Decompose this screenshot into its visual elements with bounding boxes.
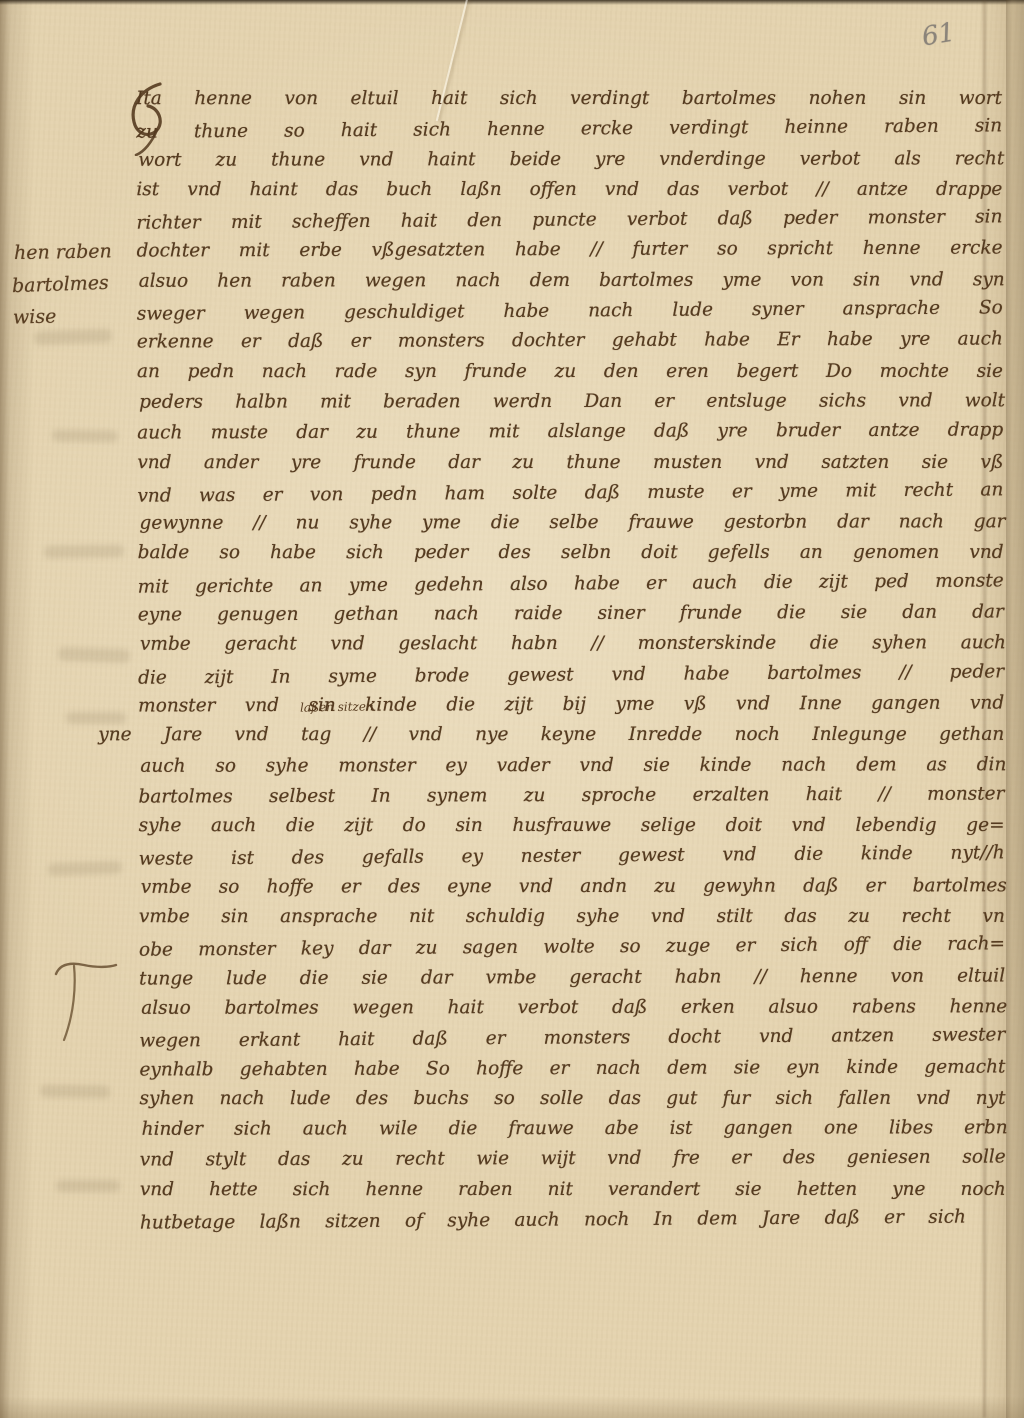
manuscript-line: alsuo hen raben wegen nach dem bartolmes…: [139, 265, 1005, 297]
show-through-smudge: [52, 429, 118, 442]
margin-note: bartolmes: [11, 266, 132, 302]
manuscript-line: bartolmes selbest In synem zu sproche er…: [138, 779, 1004, 812]
manuscript-line: balde so habe sich peder des selbn doit …: [138, 538, 1004, 569]
manuscript-line: hutbetage laßn sitzen of syhe auch noch …: [140, 1203, 966, 1239]
show-through-smudge: [44, 544, 124, 558]
margin-note: wise: [13, 298, 134, 333]
manuscript-line: yne Jare vnd tag // vnd nye keyne Inredd…: [98, 720, 1004, 751]
manuscript-line: eyne genugen gethan nach raide siner fru…: [138, 598, 1004, 631]
manuscript-line: auch so syhe monster ey vader vnd sie ki…: [140, 750, 1006, 782]
manuscript-line: syhe auch die zijt do sin husfrauwe seli…: [139, 811, 1005, 842]
manuscript-line: vnd ander yre frunde dar zu thune musten…: [137, 447, 1003, 478]
manuscript-line: sweger wegen geschuldiget habe nach lude…: [137, 293, 1003, 330]
manuscript-line: hinder sich auch wile die frauwe abe ist…: [142, 1113, 1008, 1145]
manuscript-line: auch muste dar zu thune mit alslange daß…: [137, 416, 1003, 449]
manuscript-line: tunge lude die sie dar vmbe geracht habn…: [139, 961, 1005, 994]
folio-number: 61: [920, 18, 957, 53]
manuscript-line: weste ist des gefalls ey nester gewest v…: [139, 839, 1005, 876]
manuscript-line: mit gerichte an yme gedehn also habe er …: [138, 566, 1004, 603]
manuscript-line: peders halbn mit beraden werdn Dan er en…: [139, 386, 1005, 418]
manuscript-line: vmbe so hoffe er des eyne vnd andn zu ge…: [141, 871, 1007, 903]
manuscript-line: gewynne // nu syhe yme die selbe frauwe …: [139, 507, 1005, 539]
show-through-smudge: [48, 861, 122, 877]
manuscript-page: { "page": { "folio_number": "61", "paper…: [0, 0, 1024, 1418]
manuscript-line: die zijt In syme brode gewest vnd habe b…: [138, 657, 1004, 694]
show-through-smudge: [58, 647, 130, 664]
manuscript-line: wort zu thune vnd haint beide yre vnderd…: [138, 144, 1004, 176]
manuscript-line: vmbe sin ansprache nit schuldig syhe vnd…: [139, 902, 1005, 933]
margin-note: hen raben: [14, 235, 135, 269]
page-edge: [1006, 0, 1024, 1418]
manuscript-line: vnd stylt das zu recht wie wijt vnd fre …: [140, 1143, 1006, 1176]
manuscript-line: vnd hette sich henne raben nit verandert…: [140, 1175, 1006, 1206]
manuscript-line: monster vnd sin kinde die zijt bij yme v…: [138, 688, 1004, 721]
manuscript-line: eynhalb gehabten habe So hoffe er nach d…: [139, 1052, 1005, 1085]
margin-notes: hen rabenbartolmeswise: [14, 236, 134, 332]
show-through-smudge: [56, 1180, 120, 1192]
margin-pen-mark: [50, 952, 120, 1047]
manuscript-line: dochter mit erbe vßgesatzten habe // fur…: [137, 234, 1003, 267]
manuscript-line: erkenne er daß er monsters dochter gehab…: [137, 325, 1003, 358]
manuscript-line: Ita henne von eltuil hait sich verdingt …: [136, 84, 1002, 115]
show-through-smudge: [40, 1084, 110, 1098]
manuscript-line: an pedn nach rade syn frunde zu den eren…: [137, 357, 1003, 388]
manuscript-text-block: Ita henne von eltuil hait sich verdingt …: [136, 82, 1006, 1236]
manuscript-line: vmbe geracht vnd geslacht habn // monste…: [140, 629, 1006, 661]
manuscript-line: zu thune so hait sich henne ercke verdin…: [136, 112, 1002, 149]
manuscript-line: alsuo bartolmes wegen hait verbot daß er…: [141, 992, 1007, 1024]
manuscript-line: syhen nach lude des buchs so solle das g…: [140, 1084, 1006, 1115]
manuscript-line: vnd was er von pedn ham solte daß muste …: [137, 475, 1003, 512]
manuscript-line: ist vnd haint das buch laßn offen vnd da…: [136, 175, 1002, 206]
